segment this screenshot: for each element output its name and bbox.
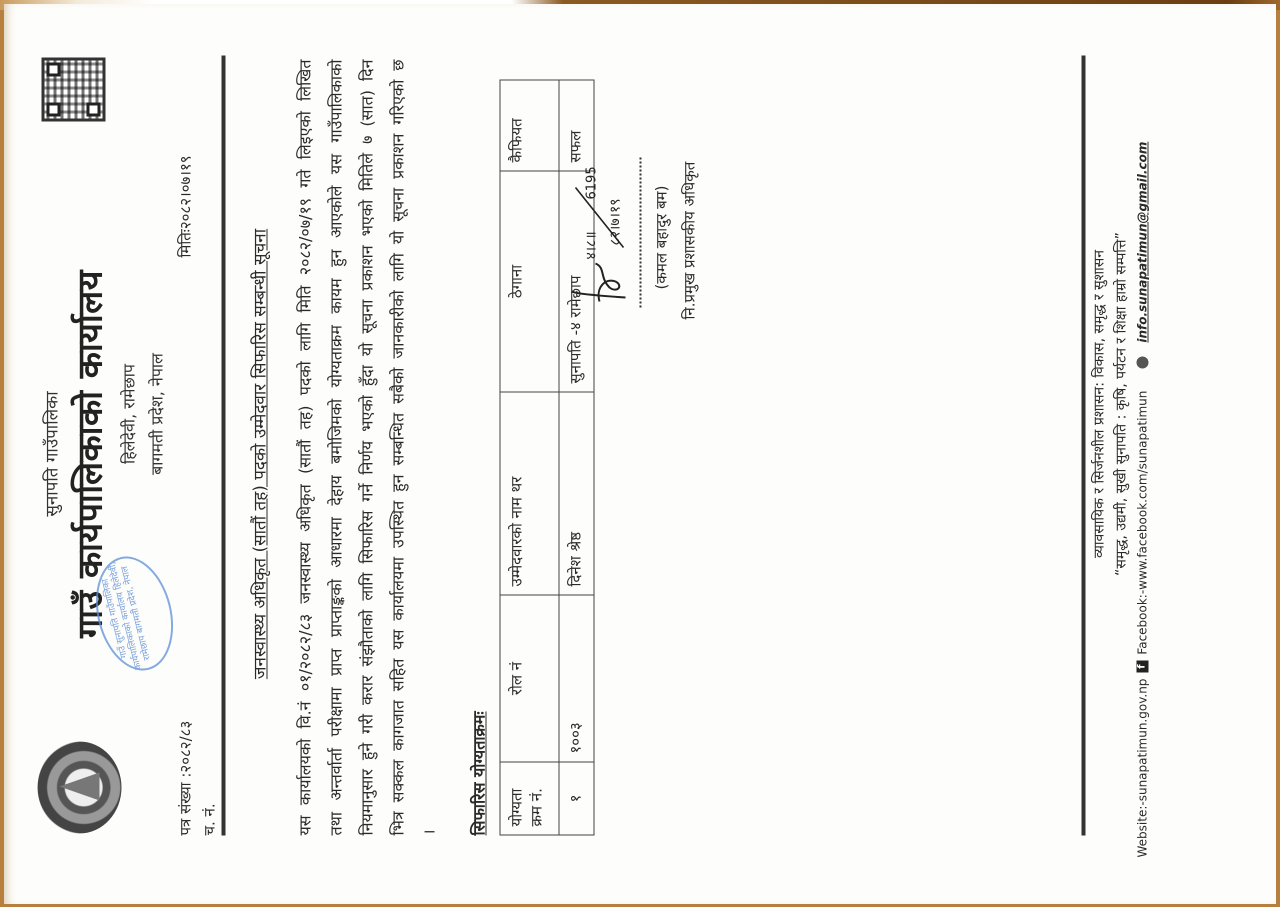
footer-contacts: Website:-sunapatimun.gov.np f Facebook:-… [1136,0,1150,858]
column-header-remarks: कैफियत [500,80,559,171]
svg-text:८२।७।१९: ८२।७।१९ [608,198,624,245]
svg-text:४।८॥: ४।८॥ [584,231,600,259]
column-header-roll: रोल नं [500,595,559,762]
notice-body: यस कार्यालयको वि.नं ०१/२०८२/८३ जनस्वास्थ… [290,60,445,836]
signature-line [640,158,642,308]
column-header-rank: योग्यता क्रम नं. [500,762,559,835]
letter-date: मितिः२०८२।०७।१९ [176,155,196,257]
office-title: गाउँ कार्यपालिकाको कार्यालय [66,1,112,907]
municipality-name: सुनापति गाउँपालिका [40,1,63,907]
signatory-name: (कमल बहादुर बम) [652,186,672,290]
dispatch-number: च. नं. [200,803,220,835]
email-icon [1137,357,1149,369]
facebook-link[interactable]: Facebook:-www.facebook.com/sunapatimun [1136,391,1150,655]
cell-name: दिनेश श्रेष्ठ [559,392,594,595]
header-divider [222,56,226,836]
address-line-2: बागमती प्रदेश, नेपाल [146,1,168,907]
svg-text:6195: 6195 [585,166,600,199]
signatory-title: नि.प्रमुख प्रशासकीय अधिकृत [680,162,700,320]
recommendation-heading: सिफारिस योग्यताक्रमः [468,711,490,835]
qr-code-icon [42,58,106,122]
footer-divider [1082,56,1086,836]
footer-motto-2: “समृद्ध, उद्यमी, सुखी सुनापति : कृषि, पर… [1112,1,1131,907]
email-link[interactable]: info.sunapatimun@gmail.com [1136,142,1150,343]
website-link[interactable]: Website:-sunapatimun.gov.np [1136,679,1150,858]
table-header-row: योग्यता क्रम नं. रोल नं उम्मेदवारको नाम … [500,80,559,835]
handwritten-signature-icon: ४।८॥ ८२।७।१९ 6195 [566,158,632,308]
address-line-1: हिलेदेवी, रामेछाप [118,1,140,907]
column-header-name: उम्मेदवारको नाम थर [500,392,559,595]
notice-subject: जनस्वास्थ्य अधिकृत (सातौं तह) पदको उम्मे… [248,1,271,907]
facebook-icon: f [1137,661,1149,673]
footer-motto-1: व्यावसायिक र सिर्जनशील प्रशासन: विकास, स… [1090,1,1109,907]
column-header-address: ठेगाना [500,171,559,392]
cell-roll: १००३ [559,595,594,762]
cell-rank: १ [559,762,594,835]
notice-document: सुनापति गाउँपालिका गाउँ कार्यपालिकाको का… [0,1,1280,907]
letter-number: पत्र संख्या :२०८२/८३ [176,721,196,836]
